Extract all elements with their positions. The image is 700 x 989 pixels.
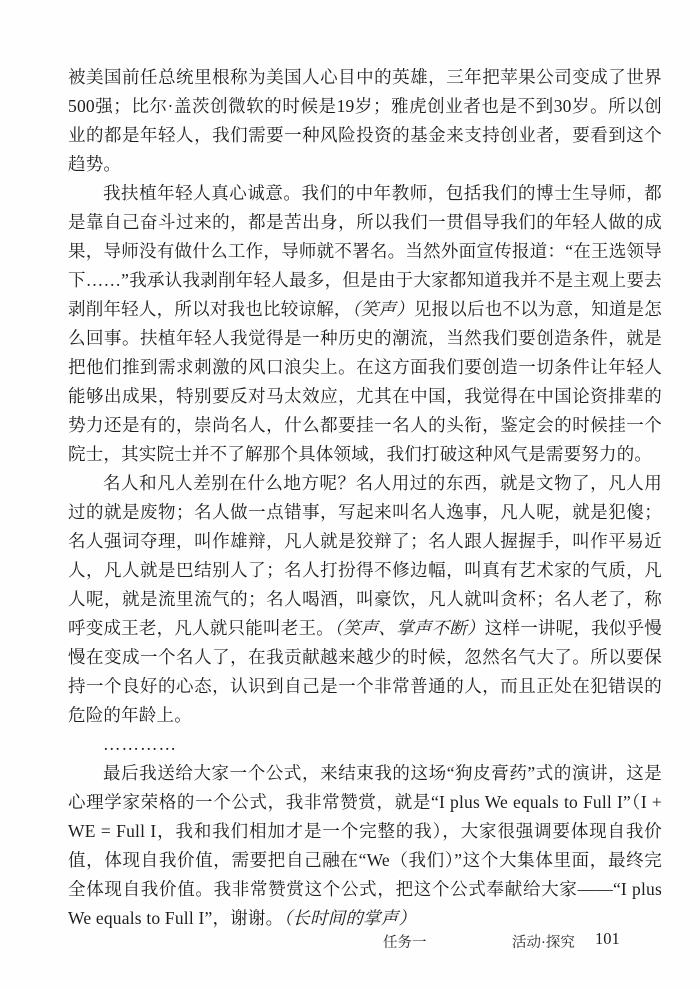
page-content: 被美国前任总统里根称为美国人心目中的英雄，三年把苹果公司变成了世界500强；比尔…	[68, 63, 662, 933]
body-text: 名人和凡人差别在什么地方呢？名人用过的东西，就是文物了，凡人用过的就是废物；名人…	[68, 473, 662, 638]
body-text: 见报以后也不以为意，知道是怎么回事。扶植年轻人我觉得是一种历史的潮流，当然我们要…	[68, 299, 662, 464]
body-paragraph: 最后我送给大家一个公式，来结束我的这场“狗皮膏药”式的演讲，这是心理学家荣格的一…	[68, 759, 662, 933]
body-text: …………	[103, 734, 177, 754]
body-paragraph: 被美国前任总统里根称为美国人心目中的英雄，三年把苹果公司变成了世界500强；比尔…	[68, 63, 662, 179]
omission-ellipsis: …………	[68, 730, 662, 759]
stage-direction-text: （笑声）	[352, 299, 414, 319]
footer-page-number: 101	[595, 929, 620, 949]
body-text: 被美国前任总统里根称为美国人心目中的英雄，三年把苹果公司变成了世界500强；比尔…	[68, 67, 662, 174]
footer-unit-label: 活动·探究	[512, 931, 575, 952]
book-page: 被美国前任总统里根称为美国人心目中的英雄，三年把苹果公司变成了世界500强；比尔…	[0, 0, 700, 989]
body-paragraph: 我扶植年轻人真心诚意。我们的中年教师，包括我们的博士生导师，都是靠自己奋斗过来的…	[68, 179, 662, 469]
footer-task-label: 任务一	[383, 931, 427, 952]
body-paragraph: 名人和凡人差别在什么地方呢？名人用过的东西，就是文物了，凡人用过的就是废物；名人…	[68, 469, 662, 730]
stage-direction-text: （笑声、掌声不断）	[334, 618, 485, 638]
stage-direction-text: （长时间的掌声）	[283, 908, 416, 928]
body-text: 最后我送给大家一个公式，来结束我的这场“狗皮膏药”式的演讲，这是心理学家荣格的一…	[68, 763, 662, 928]
